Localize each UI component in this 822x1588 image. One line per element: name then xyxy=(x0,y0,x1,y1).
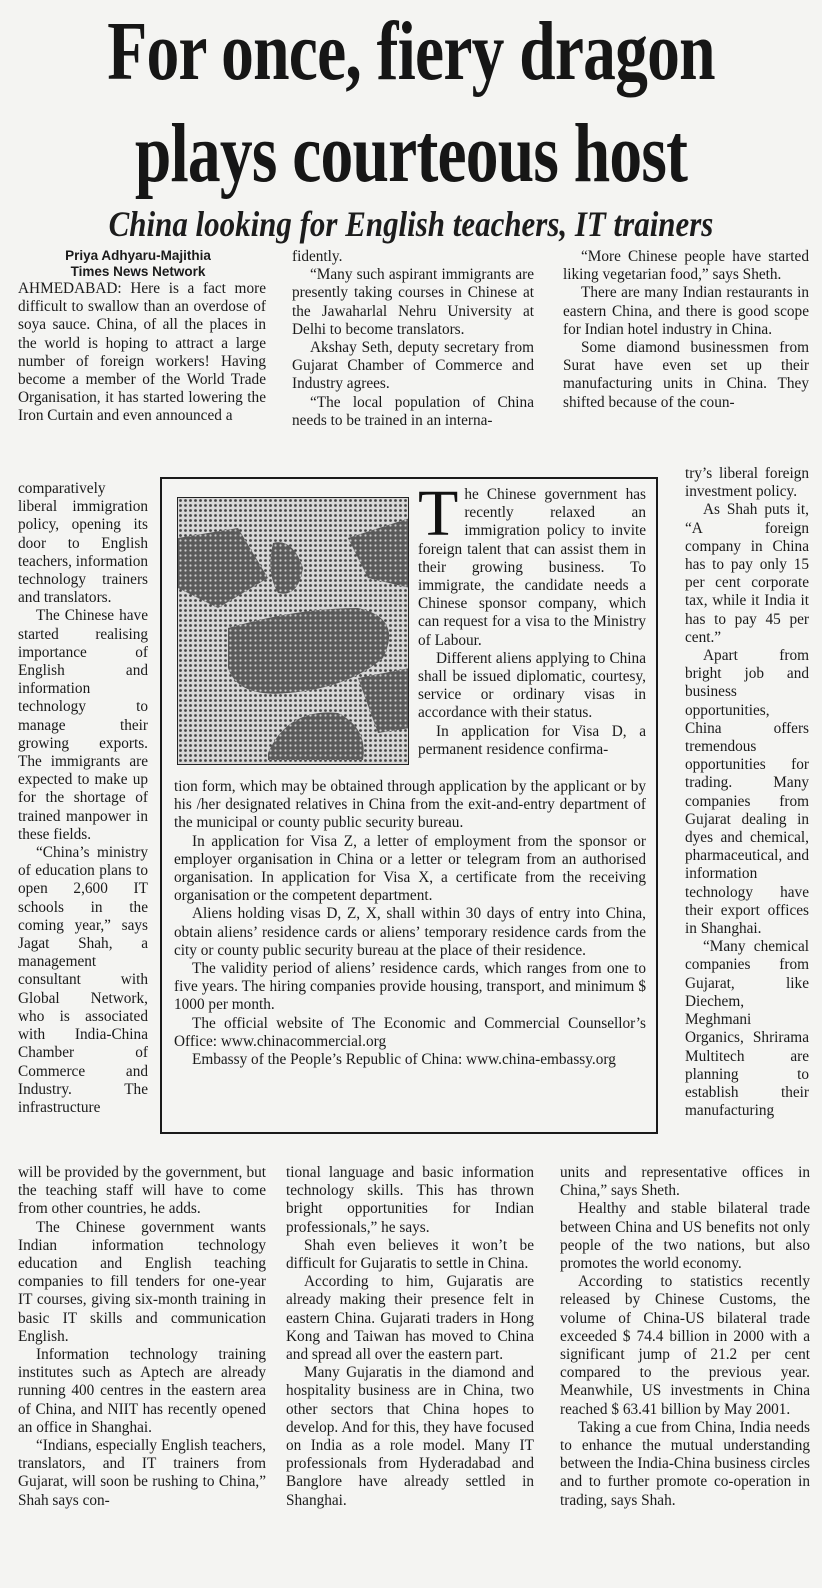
halftone-photo xyxy=(177,497,409,765)
paragraph: Akshay Seth, deputy secretary from Gujar… xyxy=(292,339,534,394)
column-1-bottom: will be provided by the government, but … xyxy=(18,1164,266,1510)
paragraph: The Chinese have started realising impor… xyxy=(18,607,148,844)
paragraph: According to him, Gujaratis are already … xyxy=(286,1273,534,1364)
paragraph: “The local population of China needs to … xyxy=(292,394,534,430)
column-2-top: fidently. “Many such aspirant immigrants… xyxy=(292,248,534,430)
paragraph: The official website of The Economic and… xyxy=(174,1015,646,1051)
paragraph: The validity period of aliens’ residence… xyxy=(174,960,646,1015)
paragraph: Information technology training institut… xyxy=(18,1346,266,1437)
column-2-bottom: tional language and basic information te… xyxy=(286,1164,534,1510)
paragraph: Apart from bright job and business oppor… xyxy=(685,647,809,938)
subheadline: China looking for English teachers, IT t… xyxy=(58,204,765,244)
paragraph: tional language and basic information te… xyxy=(286,1164,534,1237)
sidebar-body: tion form, which may be obtained through… xyxy=(174,778,646,1069)
paragraph: Different aliens applying to China shall… xyxy=(418,650,646,723)
paragraph: Some diamond businessmen from Surat have… xyxy=(563,339,809,412)
paragraph: The Chinese government wants Indian info… xyxy=(18,1219,266,1346)
byline: Priya Adhyaru-Majithia Times News Networ… xyxy=(18,248,258,280)
paragraph: There are many Indian restaurants in eas… xyxy=(563,284,809,339)
column-3-bottom: units and representative offices in Chin… xyxy=(560,1164,810,1510)
paragraph: will be provided by the government, but … xyxy=(18,1164,266,1219)
paragraph: Many Gujaratis in the diamond and hospit… xyxy=(286,1364,534,1510)
paragraph: try’s liberal foreign investment policy. xyxy=(685,465,809,501)
paragraph: In application for Visa D, a permanent r… xyxy=(418,723,646,759)
paragraph: “China’s ministry of education plans to … xyxy=(18,844,148,1117)
headline-line-1: For once, fiery dragon xyxy=(90,6,731,98)
column-3-narrow: try’s liberal foreign investment policy.… xyxy=(685,465,809,1120)
paragraph: Aliens holding visas D, Z, X, shall with… xyxy=(174,905,646,960)
paragraph: Shah even believes it won’t be difficult… xyxy=(286,1237,534,1273)
paragraph: tion form, which may be obtained through… xyxy=(174,778,646,833)
paragraph: Embassy of the People’s Republic of Chin… xyxy=(174,1051,646,1069)
column-1-narrow: comparatively liberal immigration policy… xyxy=(18,480,148,1117)
headline-line-2: plays courteous host xyxy=(90,108,731,200)
paragraph: AHMEDABAD: Here is a fact more difficult… xyxy=(18,280,266,426)
column-3-top: “More Chinese people have started liking… xyxy=(563,248,809,412)
paragraph: Taking a cue from China, India needs to … xyxy=(560,1419,810,1510)
halftone-illustration-icon xyxy=(178,498,409,765)
paragraph: units and representative offices in Chin… xyxy=(560,1164,810,1200)
paragraph: comparatively liberal immigration policy… xyxy=(18,480,148,607)
paragraph: According to statistics recently release… xyxy=(560,1273,810,1419)
paragraph: Healthy and stable bilateral trade betwe… xyxy=(560,1200,810,1273)
drop-cap: T xyxy=(418,488,458,540)
column-1-top: AHMEDABAD: Here is a fact more difficult… xyxy=(18,280,266,426)
sidebar-intro: T he Chinese government has recently rel… xyxy=(418,486,646,759)
paragraph: “Indians, especially English teachers, t… xyxy=(18,1437,266,1510)
paragraph: “Many such aspirant immigrants are prese… xyxy=(292,266,534,339)
paragraph: fidently. xyxy=(292,248,534,266)
paragraph: “More Chinese people have started liking… xyxy=(563,248,809,284)
paragraph: As Shah puts it, “A foreign company in C… xyxy=(685,501,809,647)
paragraph: In application for Visa Z, a letter of e… xyxy=(174,833,646,906)
byline-author: Priya Adhyaru-Majithia xyxy=(18,248,258,264)
byline-agency: Times News Network xyxy=(18,264,258,280)
paragraph: “Many chemical companies from Gujarat, l… xyxy=(685,938,809,1120)
